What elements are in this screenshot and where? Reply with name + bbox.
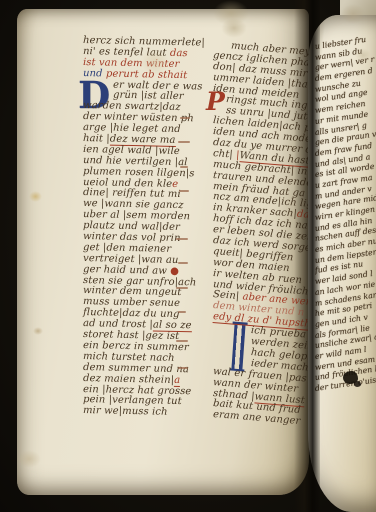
line-filler-dash (180, 166, 188, 168)
text-segment: hait | (83, 133, 110, 145)
manuscript-right-page: u liebster fruwann sib duger wern| ver r… (308, 15, 376, 512)
line-filler-dash (178, 311, 186, 313)
line-filler-dash (176, 340, 188, 342)
text-column-1: D hercz sich nummerlete|ni' es tenfel la… (83, 36, 223, 417)
text-segment: a (174, 375, 180, 387)
line-filler-dash (178, 367, 188, 369)
line-filler-dash (176, 238, 188, 240)
right-page-text: u liebster fruwann sib duger wern| ver r… (315, 42, 376, 395)
text-segment: das (170, 48, 188, 59)
line-filler-dash (178, 262, 188, 264)
line-filler-dash (179, 190, 189, 192)
text-segment: und (83, 68, 106, 79)
text-segment: mir we|muss ich (83, 405, 168, 418)
photo-background: D hercz sich nummerlete|ni' es tenfel la… (0, 0, 376, 512)
text-segment: ● (167, 265, 179, 276)
manuscript-text-line: mir we|muss ich (83, 406, 223, 420)
line-filler-dash (180, 117, 190, 119)
manuscript-left-page: D hercz sich nummerlete|ni' es tenfel la… (17, 9, 309, 495)
line-filler-dash (176, 287, 188, 289)
line-filler-dash (178, 141, 190, 143)
